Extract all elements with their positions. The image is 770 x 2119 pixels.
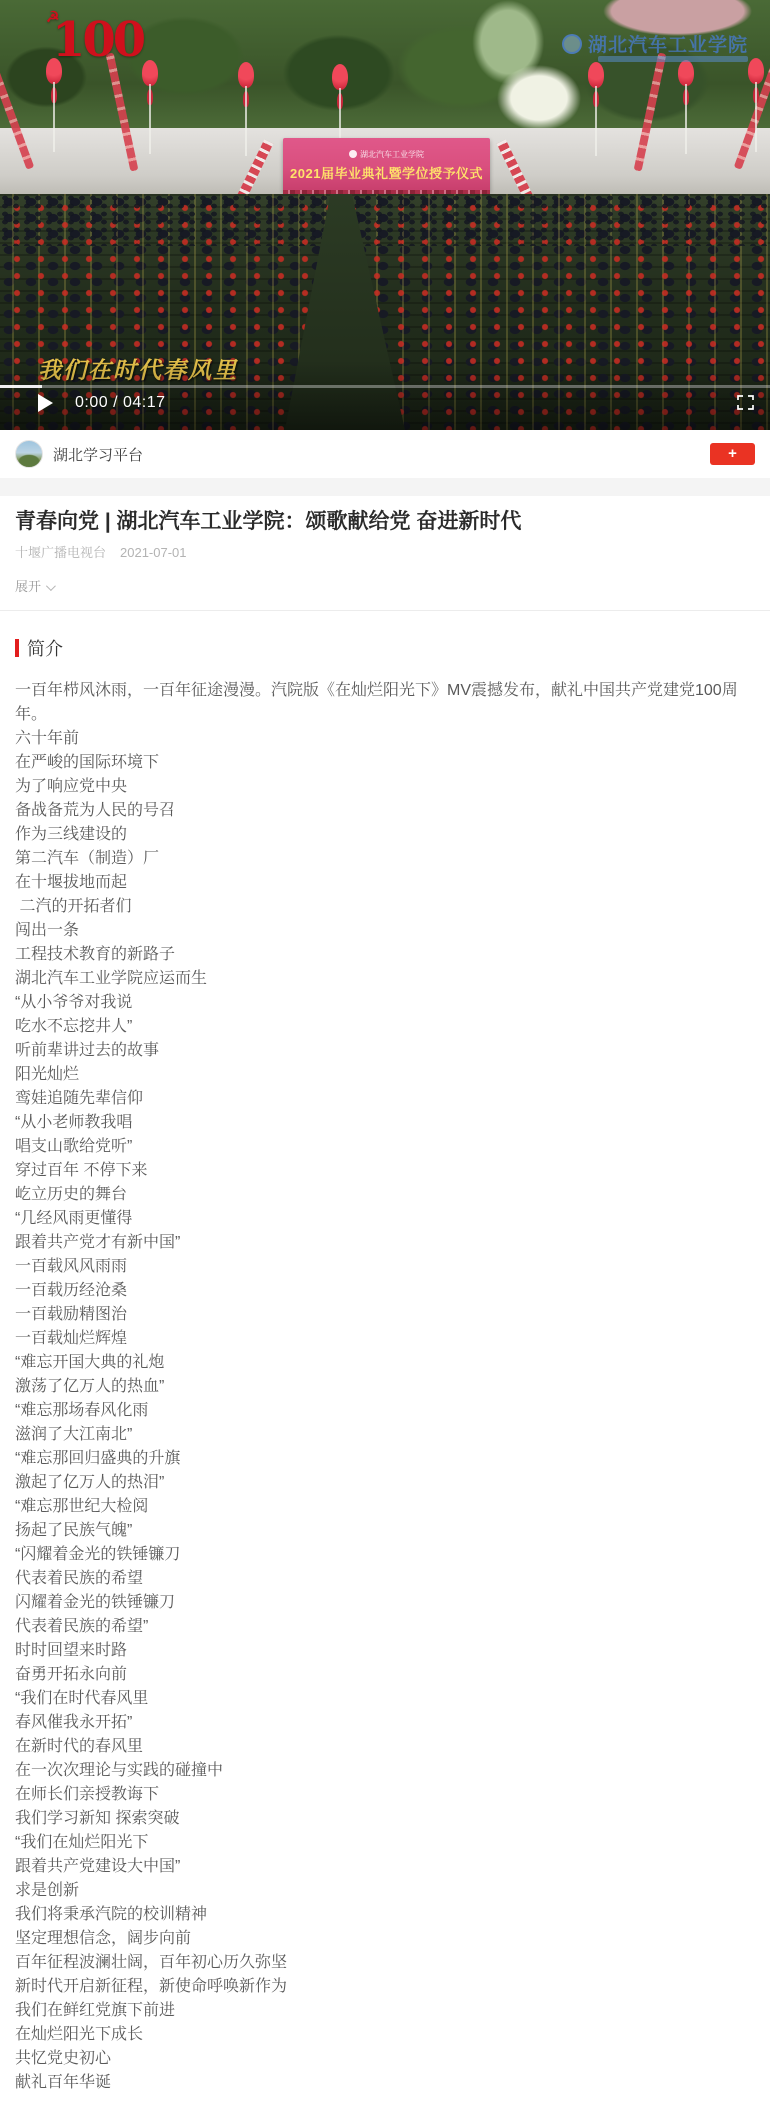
- stage-school-name: 湖北汽车工业学院: [349, 149, 424, 160]
- school-watermark-logo-icon: [562, 34, 582, 54]
- intro-line: 新时代开启新征程，新使命呼唤新作为: [15, 1975, 755, 1999]
- stage-banner: 湖北汽车工业学院 2021届毕业典礼暨学位授予仪式: [283, 138, 490, 192]
- intro-line: 听前辈讲过去的故事: [15, 1039, 755, 1063]
- intro-line: 我们将秉承汽院的校训精神: [15, 1903, 755, 1927]
- follow-button[interactable]: +: [710, 443, 755, 465]
- stage-banner-title: 2021届毕业典礼暨学位授予仪式: [290, 163, 483, 182]
- intro-line: 春风催我永开拓”: [15, 1711, 755, 1735]
- intro-line: “几经风雨更懂得: [15, 1207, 755, 1231]
- intro-line: 代表着民族的希望”: [15, 1615, 755, 1639]
- video-player[interactable]: 湖北汽车工业学院 2021届毕业典礼暨学位授予仪式 ☭ 100 湖北汽车工业学院…: [0, 0, 770, 430]
- intro-line: 闯出一条: [15, 919, 755, 943]
- time-display: 0:00 / 04:17: [75, 394, 166, 412]
- intro-line: 备战备荒为人民的号召: [15, 799, 755, 823]
- intro-line: 穿过百年 不停下来: [15, 1159, 755, 1183]
- intro-line: “难忘那场春风化雨: [15, 1399, 755, 1423]
- intro-line: 工程技术教育的新路子: [15, 943, 755, 967]
- intro-line: 扬起了民族气魄”: [15, 1519, 755, 1543]
- intro-line: 作为三线建设的: [15, 823, 755, 847]
- chevron-down-icon: [46, 581, 56, 591]
- lantern-decoration: [238, 62, 254, 120]
- intro-line: 吃水不忘挖井人”: [15, 1015, 755, 1039]
- school-logo-icon: [349, 150, 357, 158]
- intro-line: 唱支山歌给党听”: [15, 1135, 755, 1159]
- intro-line: 一百载风风雨雨: [15, 1255, 755, 1279]
- intro-line: 我们在鲜红党旗下前进: [15, 1999, 755, 2023]
- intro-line: 滋润了大江南北”: [15, 1423, 755, 1447]
- intro-line: “我们在灿烂阳光下: [15, 1831, 755, 1855]
- intro-line: 坚定理想信念，阔步向前: [15, 1927, 755, 1951]
- intro-line: “闪耀着金光的铁锤镰刀: [15, 1543, 755, 1567]
- intro-line: 求是创新: [15, 1879, 755, 1903]
- intro-line: 为了响应党中央: [15, 775, 755, 799]
- intro-line: 闪耀着金光的铁锤镰刀: [15, 1591, 755, 1615]
- intro-line: 一百年栉风沐雨，一百年征途漫漫。汽院版《在灿烂阳光下》MV震撼发布，献礼中国共产…: [15, 679, 755, 727]
- intro-line: 代表着民族的希望: [15, 1567, 755, 1591]
- channel-avatar[interactable]: [15, 440, 43, 468]
- school-watermark: 湖北汽车工业学院: [562, 30, 748, 57]
- intro-line: 在十堰拔地而起: [15, 871, 755, 895]
- fullscreen-icon[interactable]: [737, 395, 754, 410]
- intro-line: 奋勇开拓永向前: [15, 1663, 755, 1687]
- intro-line: 屹立历史的舞台: [15, 1183, 755, 1207]
- intro-line: 阳光灿烂: [15, 1063, 755, 1087]
- article-date: 2021-07-01: [120, 544, 187, 562]
- graduates-crowd-far: [0, 194, 770, 246]
- intro-line: 六十年前: [15, 727, 755, 751]
- intro-line: “从小老师教我唱: [15, 1111, 755, 1135]
- intro-line: 二汽的开拓者们: [15, 895, 755, 919]
- intro-line: “难忘那世纪大检阅: [15, 1495, 755, 1519]
- divider-line: [0, 610, 770, 611]
- intro-line: 湖北汽车工业学院应运而生: [15, 967, 755, 991]
- intro-line: 第二汽车（制造）厂: [15, 847, 755, 871]
- intro-line: 时时回望来时路: [15, 1639, 755, 1663]
- intro-line: 在师长们亲授教诲下: [15, 1783, 755, 1807]
- intro-line: 激起了亿万人的热泪”: [15, 1471, 755, 1495]
- play-icon[interactable]: [38, 394, 53, 412]
- intro-line: 在一次次理论与实践的碰撞中: [15, 1759, 755, 1783]
- party-emblem-icon: ☭: [46, 10, 59, 25]
- article-card: 青春向党 | 湖北汽车工业学院：颂歌献给党 奋进新时代 十堰广播电视台 2021…: [0, 496, 770, 2119]
- intro-line: 在严峻的国际环境下: [15, 751, 755, 775]
- lantern-decoration: [748, 58, 764, 116]
- expand-label: 展开: [15, 578, 41, 596]
- intro-line: 跟着共产党建设大中国”: [15, 1855, 755, 1879]
- progress-loaded: [0, 385, 42, 388]
- intro-line: “难忘开国大典的礼炮: [15, 1351, 755, 1375]
- intro-line: 百年征程波澜壮阔，百年初心历久弥坚: [15, 1951, 755, 1975]
- school-watermark-bar: [598, 56, 748, 62]
- article-title: 青春向党 | 湖北汽车工业学院：颂歌献给党 奋进新时代: [15, 508, 755, 536]
- intro-line: 一百载灿烂辉煌: [15, 1327, 755, 1351]
- intro-text: 一百年栉风沐雨，一百年征途漫漫。汽院版《在灿烂阳光下》MV震撼发布，献礼中国共产…: [15, 679, 755, 2095]
- section-header: 简介: [15, 635, 755, 661]
- lantern-decoration: [142, 60, 158, 118]
- cpc-100-logo: ☭ 100: [52, 16, 143, 64]
- intro-line: 共忆党史初心: [15, 2047, 755, 2071]
- intro-line: “从小爷爷对我说: [15, 991, 755, 1015]
- progress-bar[interactable]: [0, 385, 770, 388]
- intro-line: 鸾娃追随先辈信仰: [15, 1087, 755, 1111]
- intro-line: 献礼百年华诞: [15, 2071, 755, 2095]
- intro-line: “我们在时代春风里: [15, 1687, 755, 1711]
- article-meta: 十堰广播电视台 2021-07-01: [15, 544, 755, 562]
- intro-line: 一百载励精图治: [15, 1303, 755, 1327]
- intro-line: 我们学习新知 探索突破: [15, 1807, 755, 1831]
- channel-name: 湖北学习平台: [53, 444, 143, 465]
- section-accent-bar: [15, 639, 19, 657]
- lantern-decoration: [678, 60, 694, 118]
- section-title: 简介: [27, 635, 63, 661]
- lantern-decoration: [588, 62, 604, 120]
- section-divider-band: [0, 478, 770, 496]
- expand-toggle[interactable]: 展开: [15, 578, 53, 596]
- channel-bar: 湖北学习平台 +: [0, 430, 770, 478]
- intro-line: 跟着共产党才有新中国”: [15, 1231, 755, 1255]
- article-source: 十堰广播电视台: [15, 544, 106, 562]
- intro-line: “难忘那回归盛典的升旗: [15, 1447, 755, 1471]
- intro-line: 在灿烂阳光下成长: [15, 2023, 755, 2047]
- intro-line: 在新时代的春风里: [15, 1735, 755, 1759]
- lantern-decoration: [332, 64, 348, 122]
- intro-line: 激荡了亿万人的热血”: [15, 1375, 755, 1399]
- intro-line: 一百载历经沧桑: [15, 1279, 755, 1303]
